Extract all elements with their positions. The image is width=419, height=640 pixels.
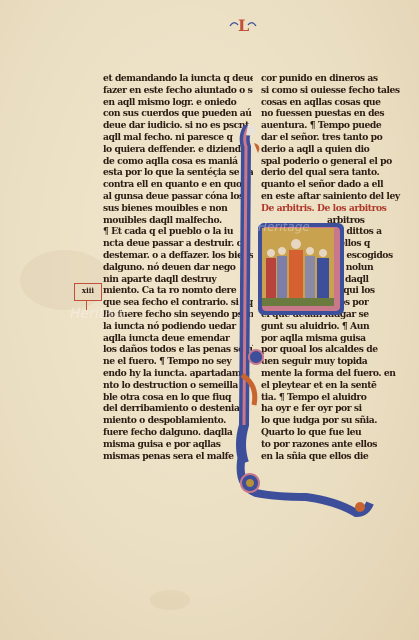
manuscript-page: L et demandando la iuncta q deuefazer en… xyxy=(0,0,419,640)
text-line: ncta deue passar a destruir. o xyxy=(103,238,253,250)
text-line: endo hy la iuncta. apartadamie xyxy=(103,368,253,380)
text-line: los daños todos e las penas segú xyxy=(103,344,253,356)
text-line: cosas en aqllas cosas que xyxy=(261,97,401,109)
text-line: al gunsa deue passar cóna los xyxy=(103,191,253,203)
text-line: no fuessen puestas en des xyxy=(261,108,401,120)
text-line: en aqll mismo logr. e oniedo xyxy=(103,97,253,109)
parchment-stain xyxy=(150,590,190,610)
text-line: miento o despoblamiento. xyxy=(103,415,253,427)
text-line: deue dar iudicio. si no es pscnt xyxy=(103,120,253,132)
decorated-initial-l-icon xyxy=(236,125,376,525)
text-line: et demandando la iuncta q deue xyxy=(103,73,253,85)
svg-text:L: L xyxy=(238,16,249,35)
watermark: Heritage xyxy=(258,220,310,234)
text-line: ¶ Et cada q el pueblo o la iu xyxy=(103,226,253,238)
text-line: dalguno. nó deuen dar nego xyxy=(103,262,253,274)
marginal-note: xiii xyxy=(74,283,102,301)
text-line: de como aqlla cosa es maniá xyxy=(103,156,253,168)
text-line: del derribamiento o destenia xyxy=(103,403,253,415)
text-line: nin aparte daqll destruy xyxy=(103,274,253,286)
watermark: Heritage xyxy=(70,306,130,322)
catchword-flourish-icon: L xyxy=(228,14,258,36)
text-line: nto lo destruction o semeilla xyxy=(103,380,253,392)
text-line: misma guisa e por aqllas xyxy=(103,439,253,451)
text-line: aqlla iuncta deue emendar xyxy=(103,333,253,345)
text-line: destemar. o a deffazer. los biens xyxy=(103,250,253,262)
text-line: sus bienes mouibles e non xyxy=(103,203,253,215)
text-line: lo quiera deffender. e diziendo xyxy=(103,144,253,156)
text-line: ble otra cosa en lo que fiuq xyxy=(103,392,253,404)
parchment-stain xyxy=(20,250,110,310)
text-line: contra ell en quanto e en quo xyxy=(103,179,253,191)
miniature-arbiters-scene-icon xyxy=(262,228,334,306)
text-line: mismas penas sera el malfe xyxy=(103,451,253,463)
text-line: aqll mal fecho. ni paresce q xyxy=(103,132,253,144)
text-line: si como si ouiesse fecho tales xyxy=(261,85,401,97)
text-line: esta por lo que la sentéçia se da xyxy=(103,167,253,179)
text-line: ne el fuero. ¶ Tempo no sey xyxy=(103,356,253,368)
left-text-column: et demandando la iuncta q deuefazer en e… xyxy=(103,73,253,462)
text-line: fazer en este fecho aiuntado o sello xyxy=(103,85,253,97)
text-line: mouibles daqll malfecho. xyxy=(103,215,253,227)
text-line: cor punido en dineros as xyxy=(261,73,401,85)
text-line: la iuncta nó podiendo uedar xyxy=(103,321,253,333)
text-line: miento. Ca ta ro nomto dere xyxy=(103,285,253,297)
text-line: con sus cuerdos que pueden aú xyxy=(103,108,253,120)
text-line: fuere fecho dalguno. daqlla xyxy=(103,427,253,439)
